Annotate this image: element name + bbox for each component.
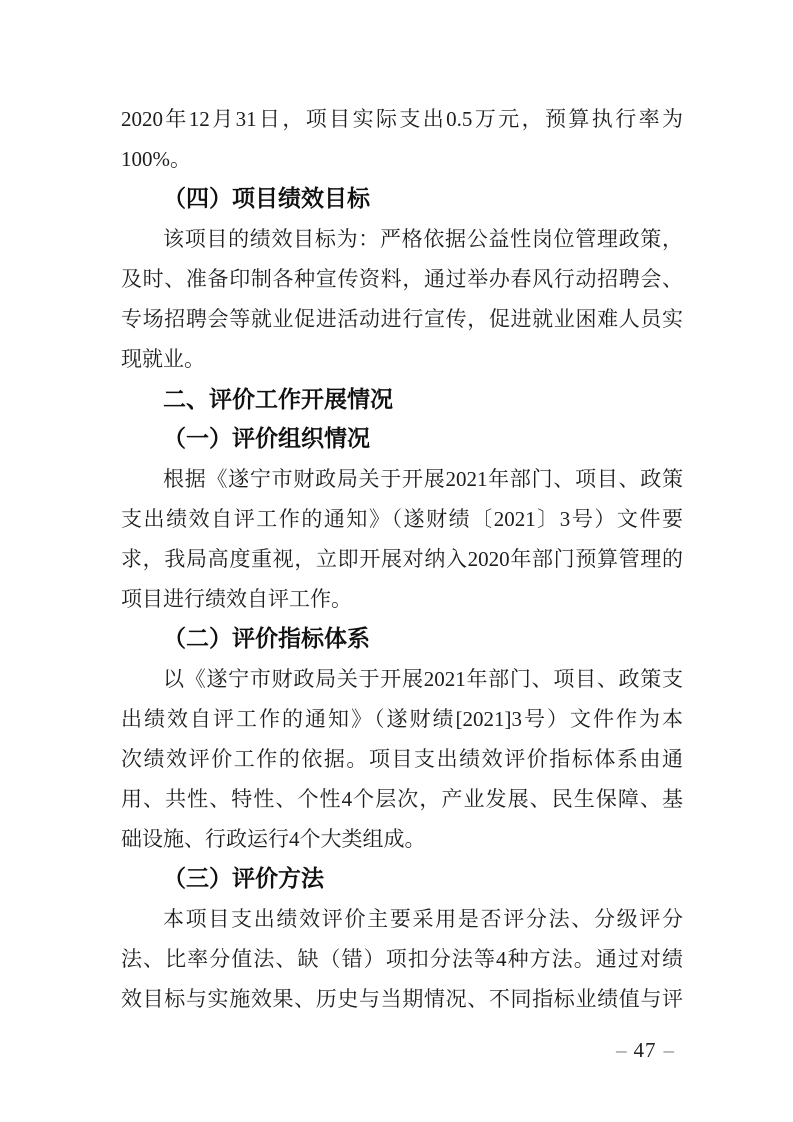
section-heading: （四）项目绩效目标 <box>121 179 683 219</box>
text-line: 础设施、行政运行4个大类组成。 <box>121 819 683 859</box>
text-line: 以《遂宁市财政局关于开展2021年部门、项目、政策支 <box>121 659 683 699</box>
text-line: 该项目的绩效目标为：严格依据公益性岗位管理政策， <box>121 219 683 259</box>
footer-dash-right: – <box>664 1038 675 1062</box>
document-body: 2020年12月31日，项目实际支出0.5万元，预算执行率为100%。（四）项目… <box>121 99 683 1019</box>
page-footer: –47– <box>0 1038 681 1063</box>
text-line: 出绩效自评工作的通知》（遂财绩[2021]3号）文件作为本 <box>121 699 683 739</box>
text-line: 2020年12月31日，项目实际支出0.5万元，预算执行率为 <box>121 99 683 139</box>
footer-dash-left: – <box>616 1038 627 1062</box>
section-heading: 二、评价工作开展情况 <box>121 379 683 419</box>
text-line: 现就业。 <box>121 339 683 379</box>
section-heading: （二）评价指标体系 <box>121 619 683 659</box>
text-line: 次绩效评价工作的依据。项目支出绩效评价指标体系由通 <box>121 739 683 779</box>
text-line: 100%。 <box>121 139 683 179</box>
text-line: 支出绩效自评工作的通知》（遂财绩〔2021〕3号）文件要 <box>121 499 683 539</box>
text-line: 专场招聘会等就业促进活动进行宣传，促进就业困难人员实 <box>121 299 683 339</box>
page-number: 47 <box>634 1038 657 1062</box>
text-line: 项目进行绩效自评工作。 <box>121 579 683 619</box>
text-line: 法、比率分值法、缺（错）项扣分法等4种方法。通过对绩 <box>121 939 683 979</box>
text-line: 求，我局高度重视，立即开展对纳入2020年部门预算管理的 <box>121 539 683 579</box>
section-heading: （三）评价方法 <box>121 859 683 899</box>
section-heading: （一）评价组织情况 <box>121 419 683 459</box>
document-page: 2020年12月31日，项目实际支出0.5万元，预算执行率为100%。（四）项目… <box>0 0 793 1122</box>
text-line: 用、共性、特性、个性4个层次，产业发展、民生保障、基 <box>121 779 683 819</box>
text-line: 及时、准备印制各种宣传资料，通过举办春风行动招聘会、 <box>121 259 683 299</box>
text-line: 本项目支出绩效评价主要采用是否评分法、分级评分 <box>121 899 683 939</box>
text-line: 根据《遂宁市财政局关于开展2021年部门、项目、政策 <box>121 459 683 499</box>
text-line: 效目标与实施效果、历史与当期情况、不同指标业绩值与评 <box>121 979 683 1019</box>
